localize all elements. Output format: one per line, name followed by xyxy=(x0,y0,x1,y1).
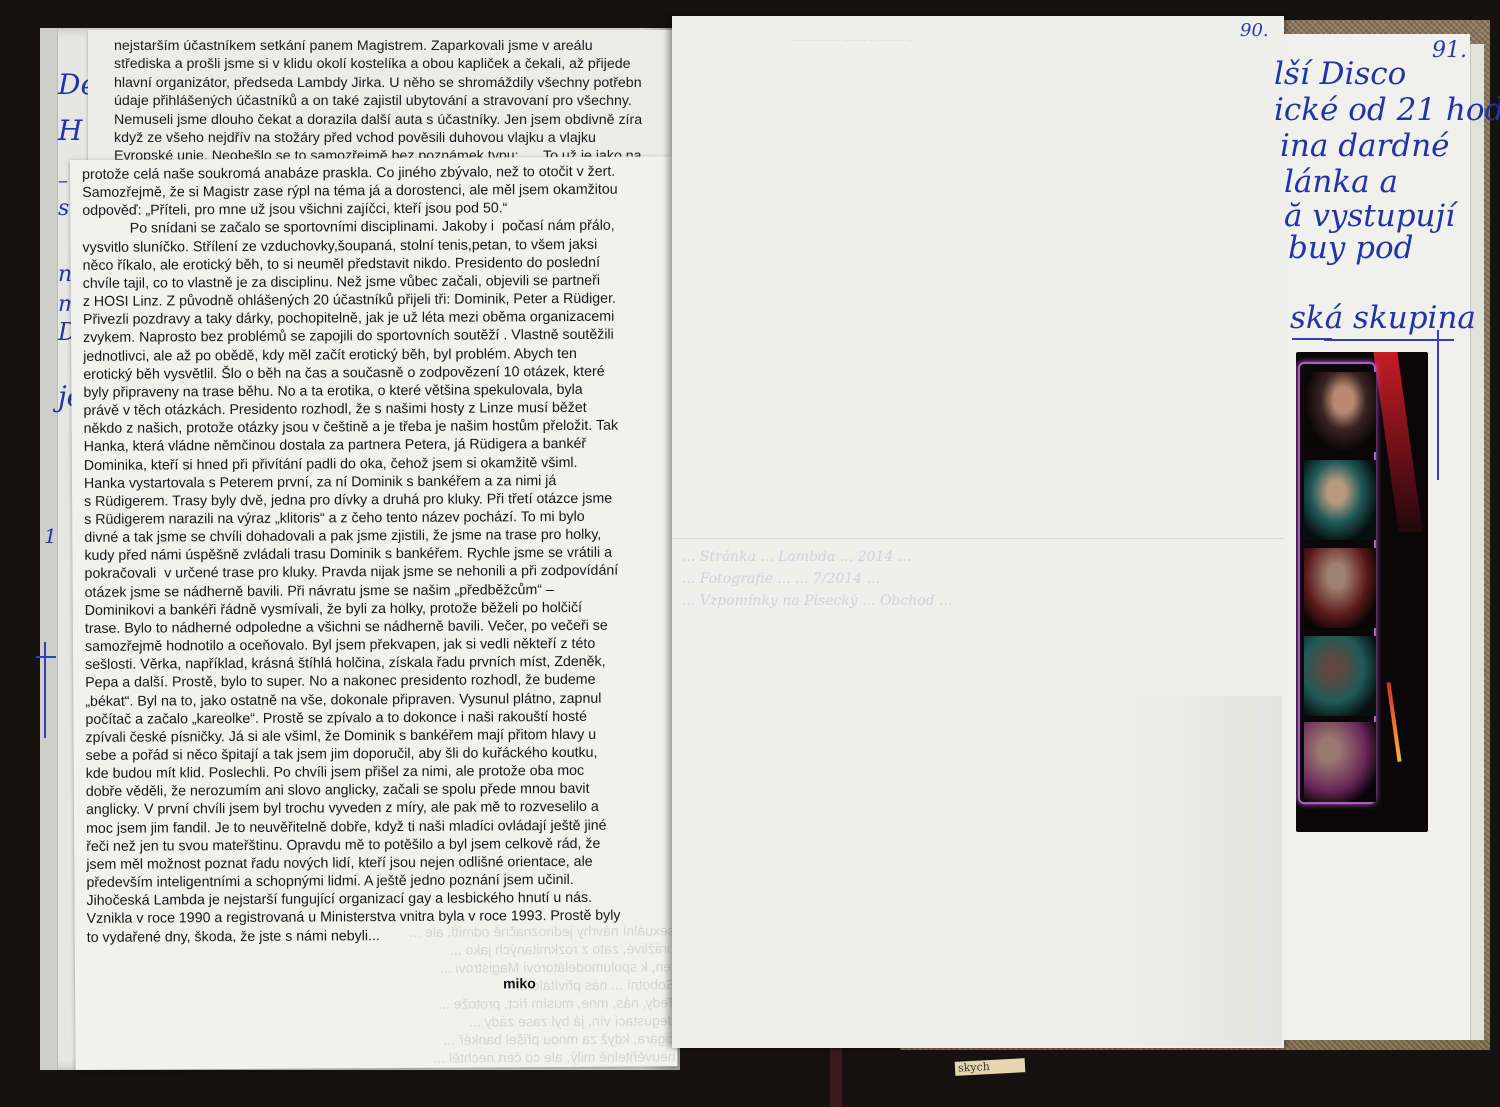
handwriting-line: buy pod xyxy=(1288,230,1414,266)
handwriting-line: ská skupina xyxy=(1290,300,1476,336)
photo-portrait xyxy=(1304,548,1376,628)
fold-line xyxy=(672,538,1284,539)
blank-middle-sheet: ··· ·············· · ·········· ··· ····… xyxy=(672,16,1284,1048)
margin-handwriting: – xyxy=(58,168,68,192)
margin-handwriting: 1 xyxy=(44,524,57,548)
page-stack-edge xyxy=(1470,44,1484,1040)
underline xyxy=(1324,339,1454,341)
clip-line: Nemuseli jsme dlouho čekat a dorazila da… xyxy=(88,111,678,129)
handwriting-line: lší Disco xyxy=(1274,56,1406,92)
clip-line: údaje přihlášených účastníků a on také z… xyxy=(88,92,678,110)
photo-portrait xyxy=(1304,372,1376,452)
margin-handwriting: s xyxy=(58,196,69,221)
clip-line: střediska a prošli jsme si v klidu okolí… xyxy=(88,55,678,73)
handwriting-line: ă vystupují xyxy=(1284,198,1455,234)
newspaper-clipping-top: nejstarším účastníkem setkání panem Magi… xyxy=(88,30,678,172)
newspaper-clipping-main: sexuální návrhy jednoznačně odmítl, ale … xyxy=(70,156,678,1070)
faint-header-text: ··· ·············· · ·········· ··· ····… xyxy=(792,38,912,44)
margin-handwriting: H xyxy=(58,114,82,147)
handwriting-line: ické od 21 hod xyxy=(1274,92,1500,128)
clip-line: když ze všeho nejdřív na stožáry před vc… xyxy=(88,129,678,147)
bookmark-ribbon xyxy=(830,1048,842,1107)
photo-portrait xyxy=(1304,636,1376,716)
margin-mark xyxy=(1437,330,1439,480)
handwriting-line: lánka a xyxy=(1284,164,1398,200)
light-streak xyxy=(1386,682,1401,762)
neon-frame xyxy=(1298,362,1376,804)
ghost-handwriting: ... Stránka ... Lambda ... 2014 ... ... … xyxy=(682,546,952,612)
article-body: protože celá naše soukromá anabáze prask… xyxy=(82,162,677,946)
page-number: 90. xyxy=(1240,20,1269,41)
photo-portrait xyxy=(1304,460,1376,540)
photo-portrait xyxy=(1304,722,1376,802)
light-beam xyxy=(1373,352,1422,532)
clip-line: nejstarším účastníkem setkání panem Magi… xyxy=(88,30,678,55)
margin-mark xyxy=(44,642,46,738)
margin-mark xyxy=(36,656,56,658)
article-signature: miko xyxy=(503,975,536,991)
page-number: 91. xyxy=(1432,38,1467,63)
clip-line: hlavní organizátor, předseda Lambdy Jirk… xyxy=(88,74,678,92)
left-page-edge xyxy=(40,28,58,1070)
photo-strip xyxy=(1296,352,1428,832)
handwriting-line: ina dardné xyxy=(1280,128,1450,164)
sheet-shadow xyxy=(1102,696,1282,1046)
